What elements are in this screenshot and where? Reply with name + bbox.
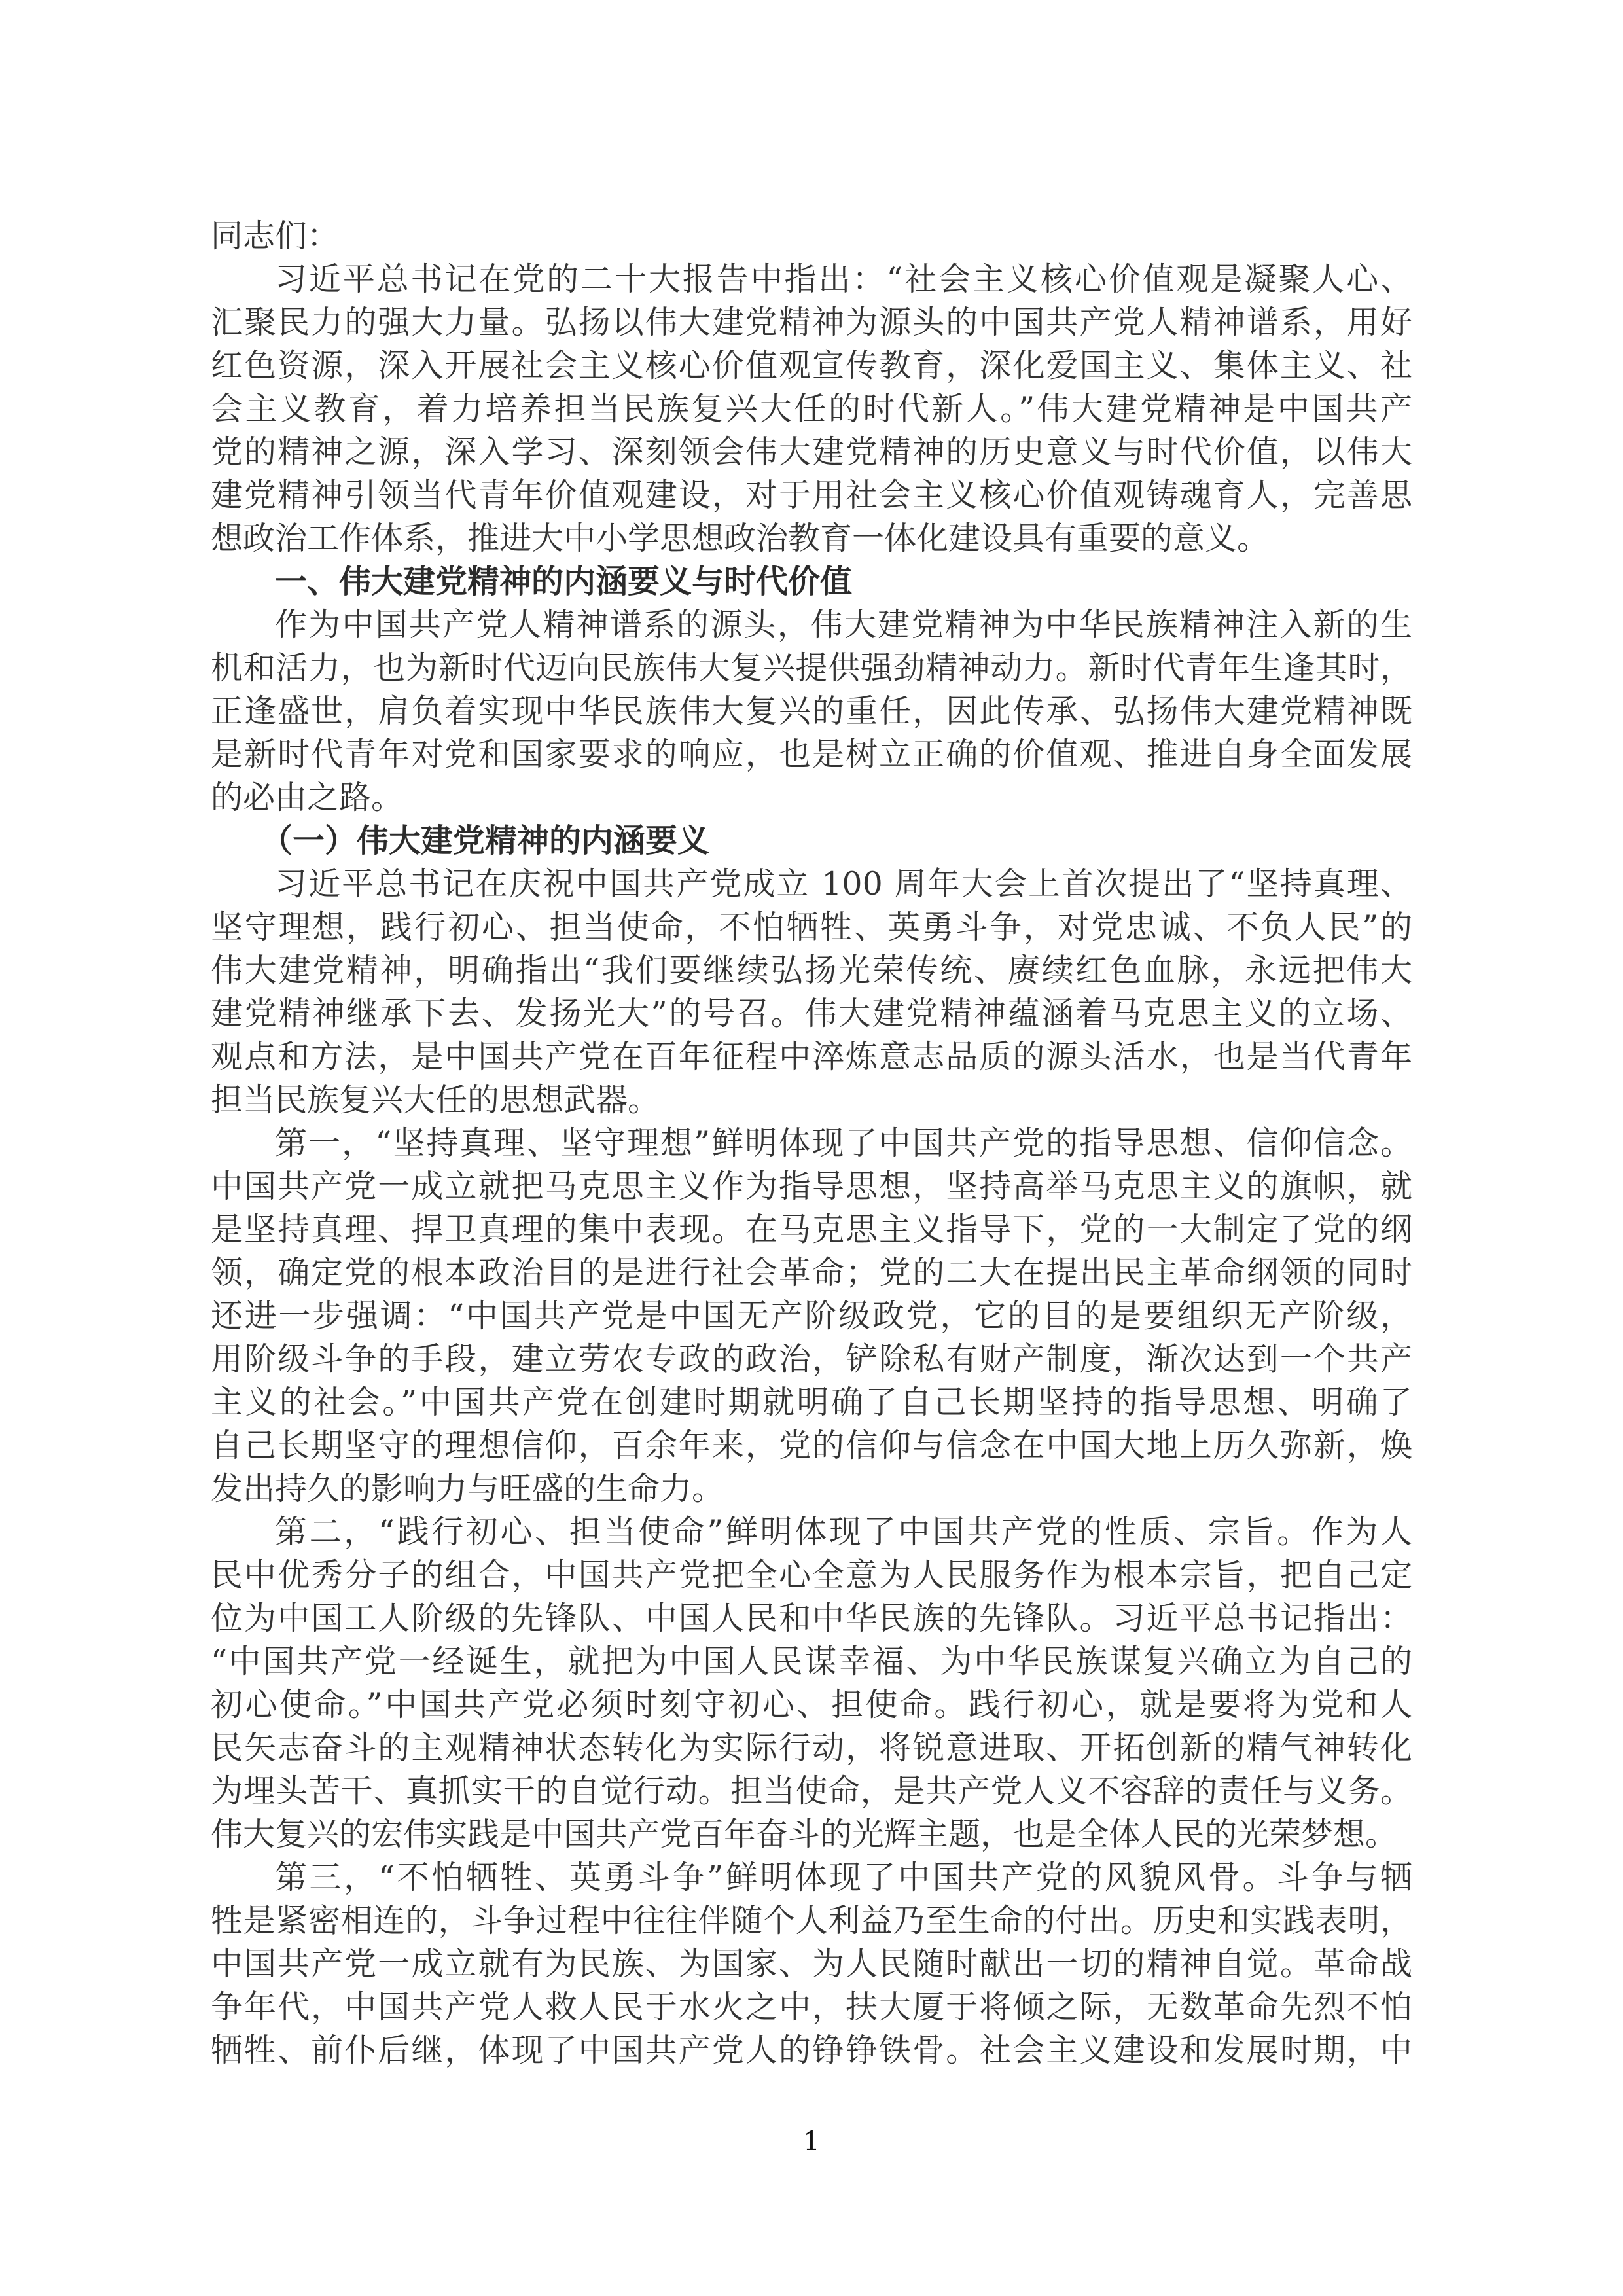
paragraph-line: 主义的社会。”中国共产党在创建时期就明确了自己长期坚持的指导思想、明确了 (211, 1381, 1412, 1424)
document-body: 同志们： 习近平总书记在党的二十大报告中指出：“社会主义核心价值观是凝聚人心、 … (211, 215, 1412, 2072)
paragraph-third-point: 第三，“不怕牺牲、英勇斗争”鲜明体现了中国共产党的风貌风骨。斗争与牺 牲是紧密相… (211, 1856, 1412, 2072)
paragraph-line: 是新时代青年对党和国家要求的响应，也是树立正确的价值观、推进自身全面发展 (211, 733, 1412, 776)
paragraph-line: 牲是紧密相连的，斗争过程中往往伴随个人利益乃至生命的付出。历史和实践表明， (211, 1899, 1412, 1943)
paragraph-line: 第一，“坚持真理、坚守理想”鲜明体现了中国共产党的指导思想、信仰信念。 (211, 1122, 1412, 1165)
salutation: 同志们： (211, 215, 1412, 258)
paragraph-line: 建党精神继承下去、发扬光大”的号召。伟大建党精神蕴涵着马克思主义的立场、 (211, 992, 1412, 1035)
paragraph-line: 领，确定党的根本政治目的是进行社会革命；党的二大在提出民主革命纲领的同时 (211, 1251, 1412, 1295)
paragraph-line: 发出持久的影响力与旺盛的生命力。 (211, 1467, 1412, 1511)
paragraph-first-point: 第一，“坚持真理、坚守理想”鲜明体现了中国共产党的指导思想、信仰信念。 中国共产… (211, 1122, 1412, 1511)
paragraph-line: 观点和方法，是中国共产党在百年征程中淬炼意志品质的源头活水，也是当代青年 (211, 1035, 1412, 1079)
paragraph-line: 中国共产党一成立就把马克思主义作为指导思想，坚持高举马克思主义的旗帜，就 (211, 1165, 1412, 1208)
heading-subsection-1-1: （一）伟大建党精神的内涵要义 (211, 819, 1412, 863)
heading-section-1: 一、伟大建党精神的内涵要义与时代价值 (211, 560, 1412, 603)
paragraph-line: 中国共产党一成立就有为民族、为国家、为人民随时献出一切的精神自觉。革命战 (211, 1943, 1412, 1986)
page-footer: 1 (0, 2125, 1623, 2159)
paragraph-line: 用阶级斗争的手段，建立劳农专政的政治，铲除私有财产制度，渐次达到一个共产 (211, 1338, 1412, 1381)
paragraph-line: 第二，“践行初心、担当使命”鲜明体现了中国共产党的性质、宗旨。作为人 (211, 1511, 1412, 1554)
paragraph-line: 习近平总书记在庆祝中国共产党成立 100 周年大会上首次提出了“坚持真理、 (211, 863, 1412, 906)
paragraph-line: “中国共产党一经诞生，就把为中国人民谋幸福、为中华民族谋复兴确立为自己的 (211, 1640, 1412, 1683)
paragraph-line: 民中优秀分子的组合，中国共产党把全心全意为人民服务作为根本宗旨，把自己定 (211, 1554, 1412, 1597)
paragraph-line: 担当民族复兴大任的思想武器。 (211, 1079, 1412, 1122)
page-number: 1 (803, 2126, 819, 2157)
paragraph-second-point: 第二，“践行初心、担当使命”鲜明体现了中国共产党的性质、宗旨。作为人 民中优秀分… (211, 1511, 1412, 1856)
paragraph-line: 想政治工作体系，推进大中小学思想政治教育一体化建设具有重要的意义。 (211, 517, 1412, 560)
paragraph-line: 为埋头苦干、真抓实干的自觉行动。担当使命，是共产党人义不容辞的责任与义务。 (211, 1770, 1412, 1813)
paragraph-line: 还进一步强调：“中国共产党是中国无产阶级政党，它的目的是要组织无产阶级， (211, 1295, 1412, 1338)
paragraph-line: 会主义教育，着力培养担当民族复兴大任的时代新人。”伟大建党精神是中国共产 (211, 387, 1412, 431)
paragraph-line: 初心使命。”中国共产党必须时刻守初心、担使命。践行初心，就是要将为党和人 (211, 1683, 1412, 1727)
paragraph-section-1-lead: 作为中国共产党人精神谱系的源头，伟大建党精神为中华民族精神注入新的生 机和活力，… (211, 603, 1412, 819)
paragraph-line: 汇聚民力的强大力量。弘扬以伟大建党精神为源头的中国共产党人精神谱系，用好 (211, 301, 1412, 344)
paragraph-line: 争年代，中国共产党人救人民于水火之中，扶大厦于将倾之际，无数革命先烈不怕 (211, 1986, 1412, 2029)
paragraph-line: 自己长期坚守的理想信仰，百余年来，党的信仰与信念在中国大地上历久弥新，焕 (211, 1424, 1412, 1467)
paragraph-line: 建党精神引领当代青年价值观建设，对于用社会主义核心价值观铸魂育人，完善思 (211, 474, 1412, 517)
paragraph-line: 的必由之路。 (211, 776, 1412, 819)
paragraph-line: 作为中国共产党人精神谱系的源头，伟大建党精神为中华民族精神注入新的生 (211, 603, 1412, 647)
paragraph-line: 机和活力，也为新时代迈向民族伟大复兴提供强劲精神动力。新时代青年生逢其时， (211, 647, 1412, 690)
section-1: 一、伟大建党精神的内涵要义与时代价值 (211, 560, 1412, 603)
paragraph-line: 党的精神之源，深入学习、深刻领会伟大建党精神的历史意义与时代价值，以伟大 (211, 431, 1412, 474)
paragraph-line: 红色资源，深入开展社会主义核心价值观宣传教育，深化爱国主义、集体主义、社 (211, 344, 1412, 387)
subsection-1-1: （一）伟大建党精神的内涵要义 (211, 819, 1412, 863)
paragraph-line: 坚守理想，践行初心、担当使命，不怕牺牲、英勇斗争，对党忠诚、不负人民”的 (211, 906, 1412, 949)
paragraph-line: 伟大建党精神，明确指出“我们要继续弘扬光荣传统、赓续红色血脉，永远把伟大 (211, 949, 1412, 992)
paragraph-line: 牺牲、前仆后继，体现了中国共产党人的铮铮铁骨。社会主义建设和发展时期，中 (211, 2029, 1412, 2072)
paragraph-line: 位为中国工人阶级的先锋队、中国人民和中华民族的先锋队。习近平总书记指出： (211, 1597, 1412, 1640)
paragraph-intro: 习近平总书记在党的二十大报告中指出：“社会主义核心价值观是凝聚人心、 汇聚民力的… (211, 258, 1412, 560)
salutation-paragraph: 同志们： (211, 215, 1412, 258)
paragraph-line: 第三，“不怕牺牲、英勇斗争”鲜明体现了中国共产党的风貌风骨。斗争与牺 (211, 1856, 1412, 1899)
paragraph-connotation: 习近平总书记在庆祝中国共产党成立 100 周年大会上首次提出了“坚持真理、 坚守… (211, 863, 1412, 1122)
document-page: 同志们： 习近平总书记在党的二十大报告中指出：“社会主义核心价值观是凝聚人心、 … (0, 0, 1623, 2296)
paragraph-line: 正逢盛世，肩负着实现中华民族伟大复兴的重任，因此传承、弘扬伟大建党精神既 (211, 690, 1412, 733)
paragraph-line: 伟大复兴的宏伟实践是中国共产党百年奋斗的光辉主题，也是全体人民的光荣梦想。 (211, 1813, 1412, 1856)
paragraph-line: 习近平总书记在党的二十大报告中指出：“社会主义核心价值观是凝聚人心、 (211, 258, 1412, 301)
paragraph-line: 民矢志奋斗的主观精神状态转化为实际行动，将锐意进取、开拓创新的精气神转化 (211, 1727, 1412, 1770)
paragraph-line: 是坚持真理、捍卫真理的集中表现。在马克思主义指导下，党的一大制定了党的纲 (211, 1208, 1412, 1251)
